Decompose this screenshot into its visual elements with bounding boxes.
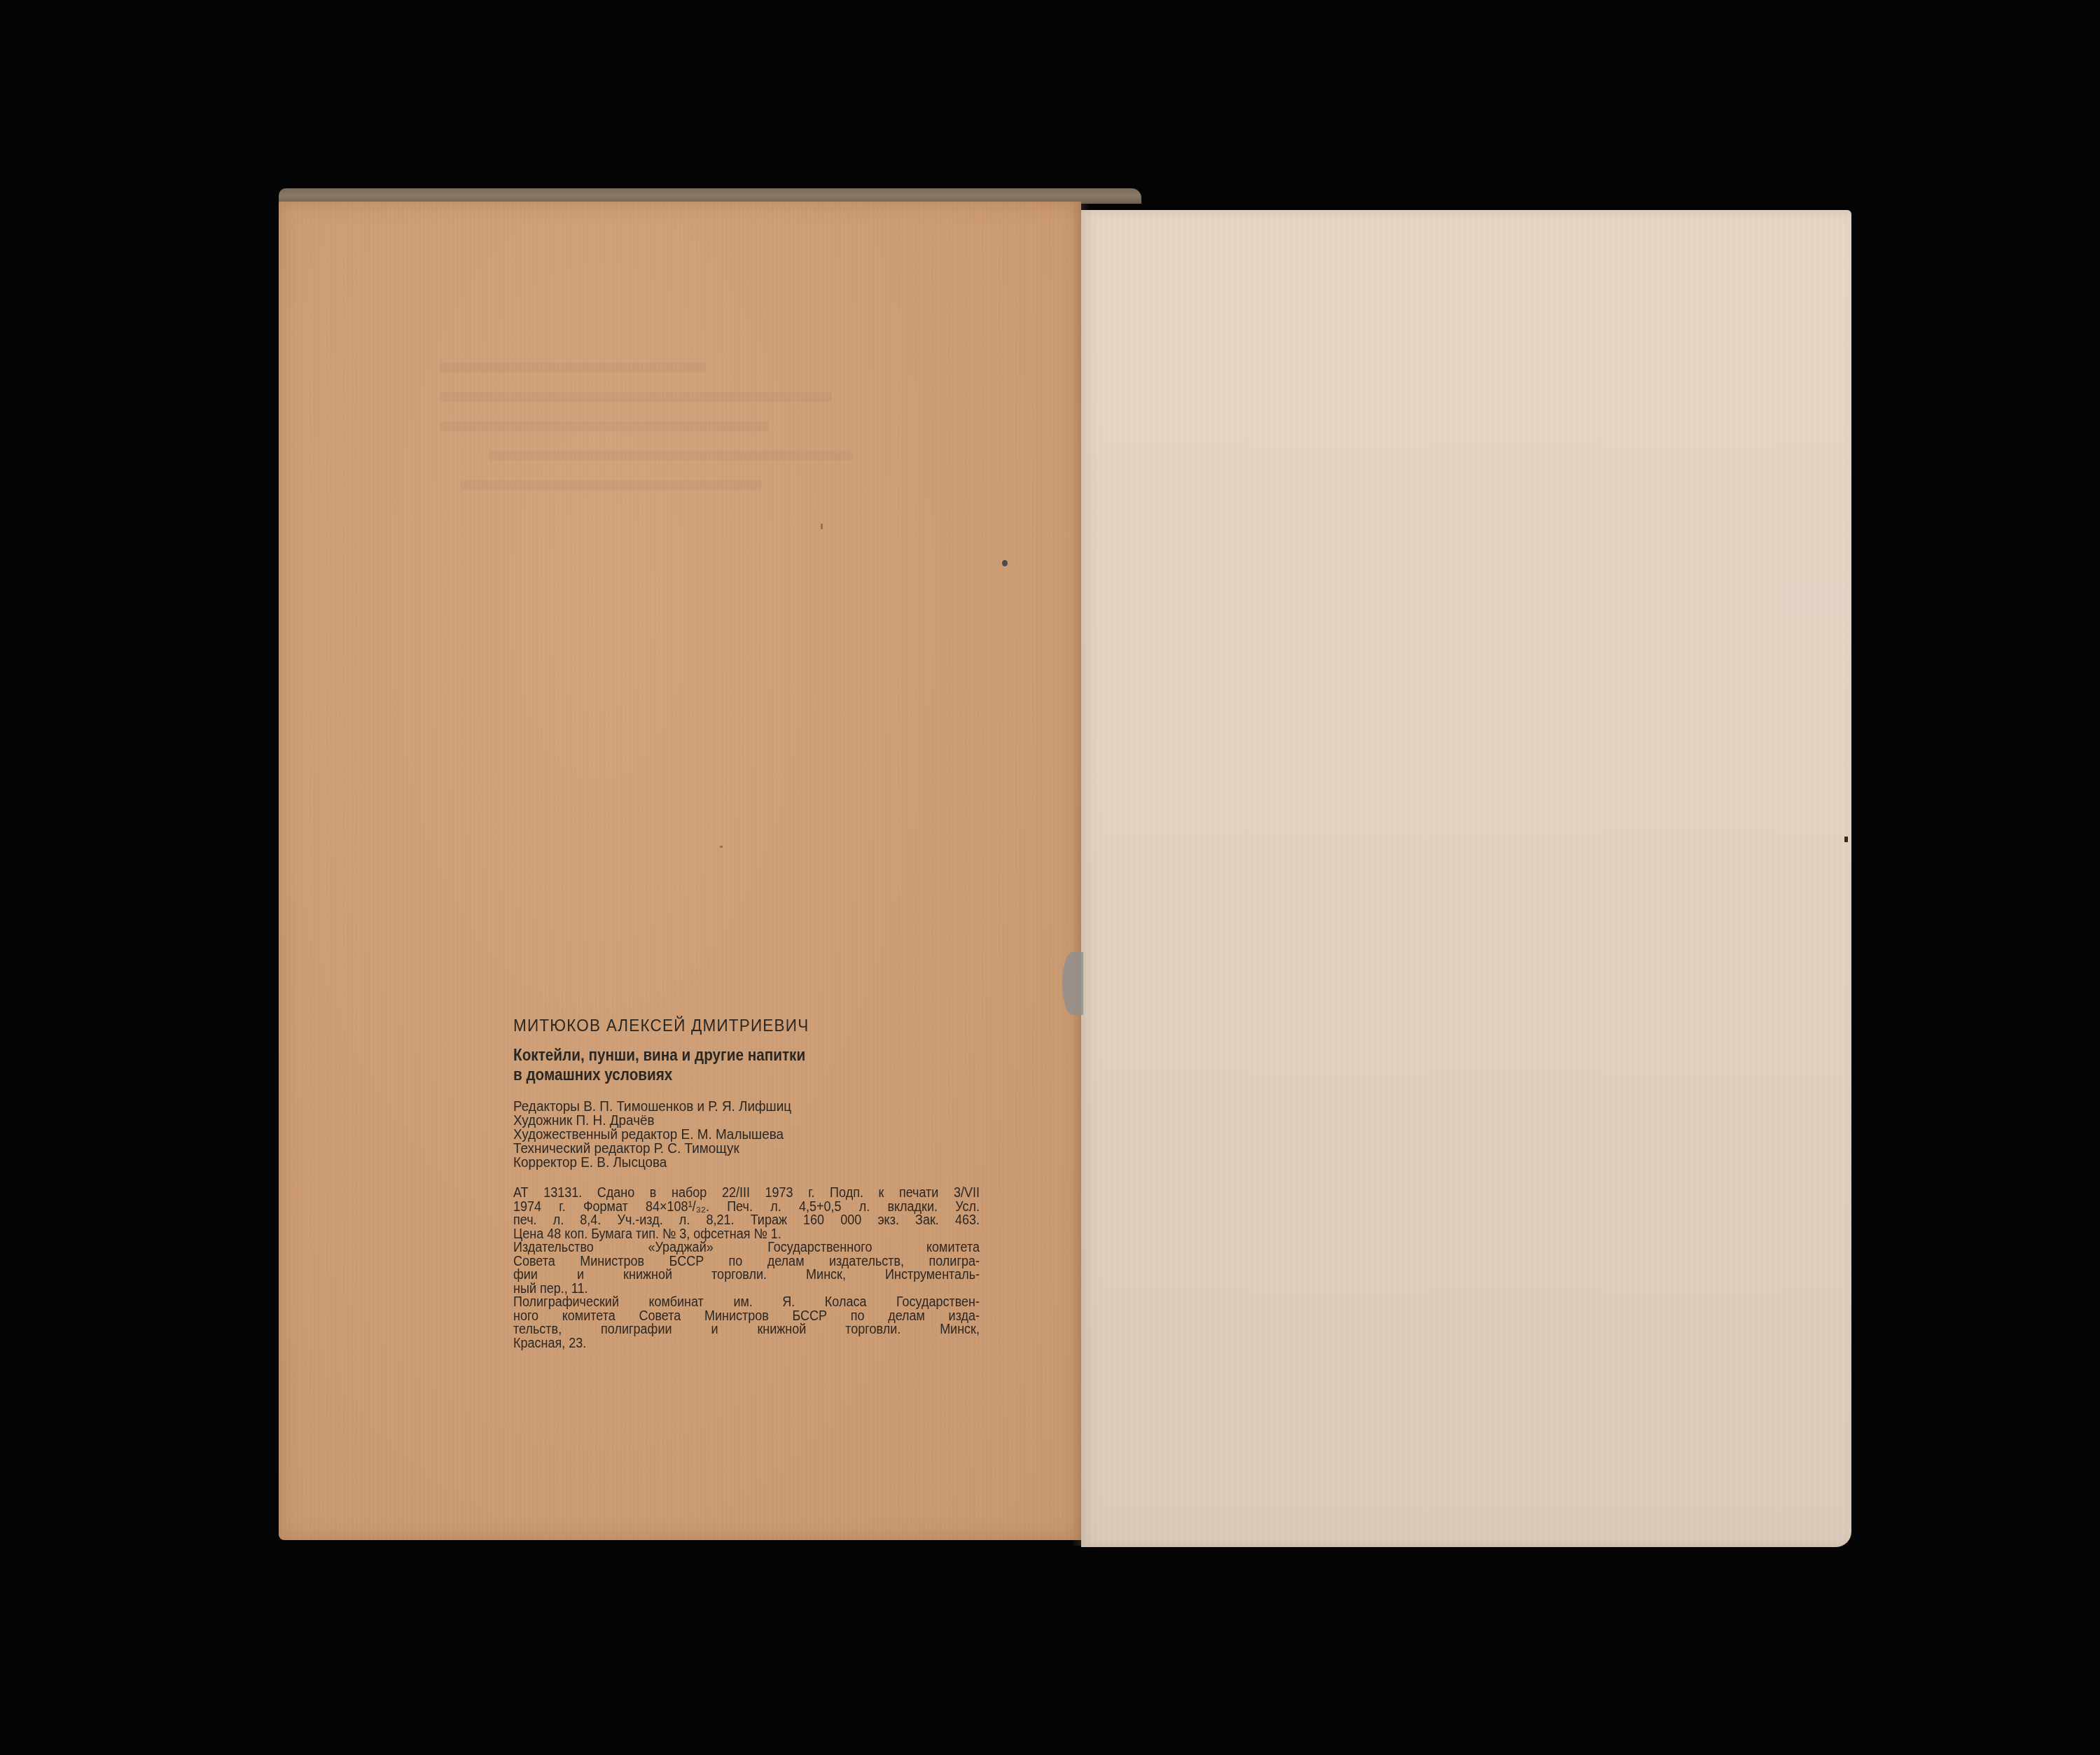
printer-line: Красная, 23.	[513, 1337, 980, 1351]
credit-line: Художник П. Н. Драчёв	[513, 1114, 942, 1128]
show-through-line	[461, 480, 762, 490]
photo-background: МИТЮКОВ АЛЕКСЕЙ ДМИТРИЕВИЧ Коктейли, пун…	[0, 0, 2100, 1755]
page-tab-mark	[1062, 952, 1083, 1015]
credit-line: Технический редактор Р. С. Тимощук	[513, 1142, 942, 1156]
author-name: МИТЮКОВ АЛЕКСЕЙ ДМИТРИЕВИЧ	[513, 1016, 980, 1035]
print-details: АТ 13131. Сдано в набор 22/III 1973 г. П…	[513, 1187, 980, 1350]
paper-speck	[821, 524, 823, 529]
show-through-line	[489, 451, 853, 461]
print-detail-line: печ. л. 8,4. Уч.-изд. л. 8,21. Тираж 160…	[513, 1214, 980, 1228]
colophon-imprint: МИТЮКОВ АЛЕКСЕЙ ДМИТРИЕВИЧ Коктейли, пун…	[513, 1016, 989, 1350]
title-line: Коктейли, пунши, вина и другие напитки	[513, 1045, 942, 1065]
show-through-line	[440, 421, 769, 431]
credit-line: Редакторы В. П. Тимошенков и Р. Я. Лифши…	[513, 1100, 942, 1114]
paper-speck	[720, 846, 723, 848]
publisher-line: Издательство «Ураджай» Государственного …	[513, 1241, 980, 1255]
print-detail-line: АТ 13131. Сдано в набор 22/III 1973 г. П…	[513, 1187, 980, 1201]
printer-line: тельств, полиграфии и книжной торговли. …	[513, 1323, 980, 1337]
ink-spot	[1002, 560, 1008, 566]
page-edge-nick	[1844, 837, 1848, 842]
title-line: в домашних условиях	[513, 1065, 942, 1084]
show-through-line	[440, 392, 832, 402]
credits-list: Редакторы В. П. Тимошенков и Р. Я. Лифши…	[513, 1100, 942, 1170]
credit-line: Корректор Е. В. Лысцова	[513, 1156, 942, 1170]
right-page-blank	[1081, 210, 1851, 1547]
book-title: Коктейли, пунши, вина и другие напитки в…	[513, 1045, 942, 1084]
show-through-line	[440, 363, 706, 372]
printer-line: Полиграфический комбинат им. Я. Коласа Г…	[513, 1296, 980, 1310]
publisher-line: фии и книжной торговли. Минск, Инструмен…	[513, 1268, 980, 1282]
credit-line: Художественный редактор Е. М. Малышева	[513, 1128, 942, 1142]
